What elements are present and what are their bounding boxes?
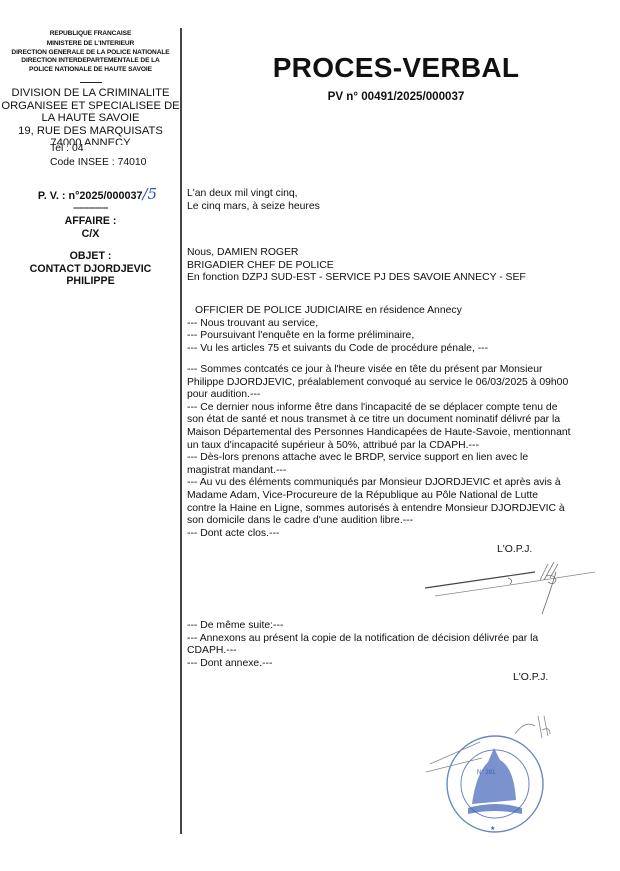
- handwritten-annotation: /5: [142, 185, 157, 203]
- division-line: DIVISION DE LA CRIMINALITE: [0, 87, 181, 100]
- officer-line: BRIGADIER CHEF DE POLICE: [187, 260, 607, 273]
- objet-line: PHILIPPE: [0, 275, 181, 288]
- division-line: 19, RUE DES MARQUISATS: [0, 125, 181, 138]
- body-line: --- Sommes contcatés ce jour à l'heure v…: [187, 364, 607, 377]
- body-line: un taux d'incapacité supérieur à 50%, at…: [187, 440, 607, 453]
- division-line: 74000 ANNECY: [0, 137, 181, 145]
- body-line: son domicile dans le cadre d'une auditio…: [187, 515, 607, 528]
- body-line: pour audition.---: [187, 389, 607, 402]
- header-separator: [80, 82, 102, 83]
- republic-label: REPUBLIQUE FRANCAISE: [0, 30, 181, 38]
- issuing-authority-block: REPUBLIQUE FRANCAISE MINISTERE DE L'INTE…: [0, 30, 181, 145]
- date-block: L'an deux mil vingt cinq, Le cinq mars, …: [187, 188, 607, 213]
- body-line: son état de santé et nous transmet à ce …: [187, 414, 607, 427]
- case-info-block: P. V. : n°2025/000037/5 ----------------…: [0, 185, 181, 288]
- objet-line: CONTACT DJORDJEVIC: [0, 263, 181, 276]
- annex-block: --- De même suite:--- --- Annexons au pr…: [187, 620, 607, 670]
- ministry-label: MINISTERE DE L'INTERIEUR: [0, 40, 181, 48]
- opj-signature-label: L'O.P.J.: [497, 544, 532, 555]
- pv-number: PV n° 00491/2025/000037: [246, 90, 546, 103]
- preamble-block: OFFICIER DE POLICE JUDICIAIRE en résiden…: [187, 305, 607, 355]
- preamble-line: --- Poursuivant l'enquête en la forme pr…: [187, 330, 607, 343]
- officer-line: En fonction DZPJ SUD-EST - SERVICE PJ DE…: [187, 272, 607, 285]
- direction-line: DIRECTION GENERALE DE LA POLICE NATIONAL…: [0, 49, 181, 57]
- body-line: magistrat mandant.---: [187, 465, 607, 478]
- preamble-line: OFFICIER DE POLICE JUDICIAIRE en résiden…: [187, 305, 607, 318]
- affaire-value: C/X: [0, 228, 181, 241]
- column-divider: [180, 28, 182, 834]
- case-separator: ----------------: [0, 205, 181, 211]
- body-line: Madame Adam, Vice-Procureure de la Répub…: [187, 490, 607, 503]
- annex-line: --- Dont annexe.---: [187, 658, 607, 671]
- body-line: Maison Départemental des Personnes Handi…: [187, 427, 607, 440]
- division-line: LA HAUTE SAVOIE: [0, 112, 181, 125]
- svg-text:★: ★: [490, 825, 495, 832]
- preamble-line: --- Vu les articles 75 et suivants du Co…: [187, 343, 607, 356]
- svg-text:N° 391: N° 391: [477, 770, 496, 776]
- annex-line: --- Annexons au présent la copie de la n…: [187, 633, 607, 646]
- annex-line: CDAPH.---: [187, 645, 607, 658]
- pv-reference-text: P. V. : n°2025/000037: [38, 190, 143, 202]
- tel-label: Tel : 04: [50, 142, 84, 156]
- date-line: L'an deux mil vingt cinq,: [187, 188, 607, 201]
- affaire-label: AFFAIRE :: [0, 215, 181, 228]
- pv-reference: P. V. : n°2025/000037/5: [0, 185, 181, 203]
- officer-block: Nous, DAMIEN ROGER BRIGADIER CHEF DE POL…: [187, 247, 607, 285]
- date-line: Le cinq mars, à seize heures: [187, 201, 607, 214]
- signature-icon: [420, 558, 605, 618]
- insee-code: Code INSEE : 74010: [50, 156, 146, 170]
- body-line: --- Dès-lors prenons attache avec le BRD…: [187, 452, 607, 465]
- statement-body: --- Sommes contcatés ce jour à l'heure v…: [187, 364, 607, 540]
- body-line: contre la Haine en Ligne, sommes autoris…: [187, 503, 607, 516]
- preamble-line: --- Nous trouvant au service,: [187, 318, 607, 331]
- body-line: Philippe DJORDJEVIC, préalablement convo…: [187, 377, 607, 390]
- body-line: --- Ce dernier nous informe être dans l'…: [187, 402, 607, 415]
- division-line: ORGANISEE ET SPECIALISEE DE: [0, 100, 181, 113]
- body-line: --- Dont acte clos.---: [187, 528, 607, 541]
- annex-line: --- De même suite:---: [187, 620, 607, 633]
- direction-line: POLICE NATIONALE DE HAUTE SAVOIE: [0, 66, 181, 74]
- objet-label: OBJET :: [0, 250, 181, 263]
- opj-signature-label-2: L'O.P.J.: [513, 672, 548, 683]
- direction-line: DIRECTION INTERDEPARTEMENTALE DE LA: [0, 57, 181, 65]
- officer-line: Nous, DAMIEN ROGER: [187, 247, 607, 260]
- document-title: PROCES-VERBAL: [246, 52, 546, 84]
- body-line: --- Au vu des éléments communiqués par M…: [187, 477, 607, 490]
- official-stamp-icon: N° 391 ★: [410, 712, 580, 842]
